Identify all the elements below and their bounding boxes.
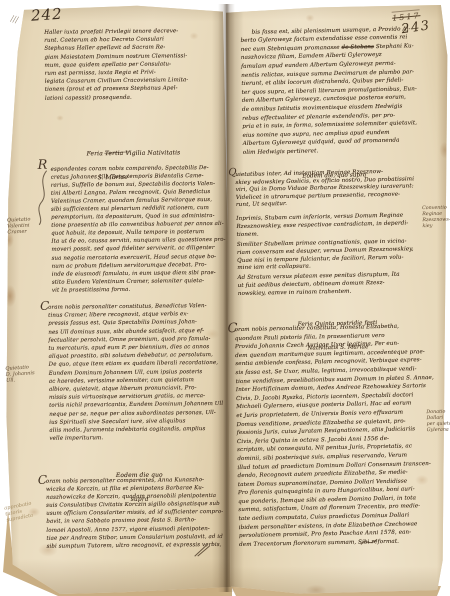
- manuscript-paragraph: bis fassa est, sibi plenissimum usumque,…: [240, 16, 418, 166]
- struck-text: de Stebans: [341, 44, 374, 51]
- margin-note: Conventio Reginae Rzesznows- kiey: [422, 206, 450, 231]
- manuscript-paragraph: oram nobis personaliter constituta, Hone…: [235, 322, 438, 550]
- manuscript-paragraph: uietatibus inter, Ad instantiam Reginae …: [235, 168, 414, 210]
- manuscript-paragraph: Inprimis, Stubam cum inferioris, versus …: [236, 212, 408, 239]
- manuscript-scan: /// 242 Haller iuxta praefati Privilegii…: [0, 0, 450, 596]
- pen-paraph: [361, 537, 377, 547]
- page-right-content: 1517 243 bis fassa est, sibi plenissimum…: [0, 0, 450, 596]
- manuscript-paragraph: Ad Stratum versus plateam esse penitus d…: [237, 272, 400, 299]
- margin-note: Donatio Dollari per quietat. Gylerana: [426, 410, 450, 435]
- paragraph-text: Stephani Ku- naszhovicza filiam, Eamdem …: [241, 43, 417, 156]
- manuscript-paragraph: Similiter Stubellam primae contignationi…: [237, 238, 414, 273]
